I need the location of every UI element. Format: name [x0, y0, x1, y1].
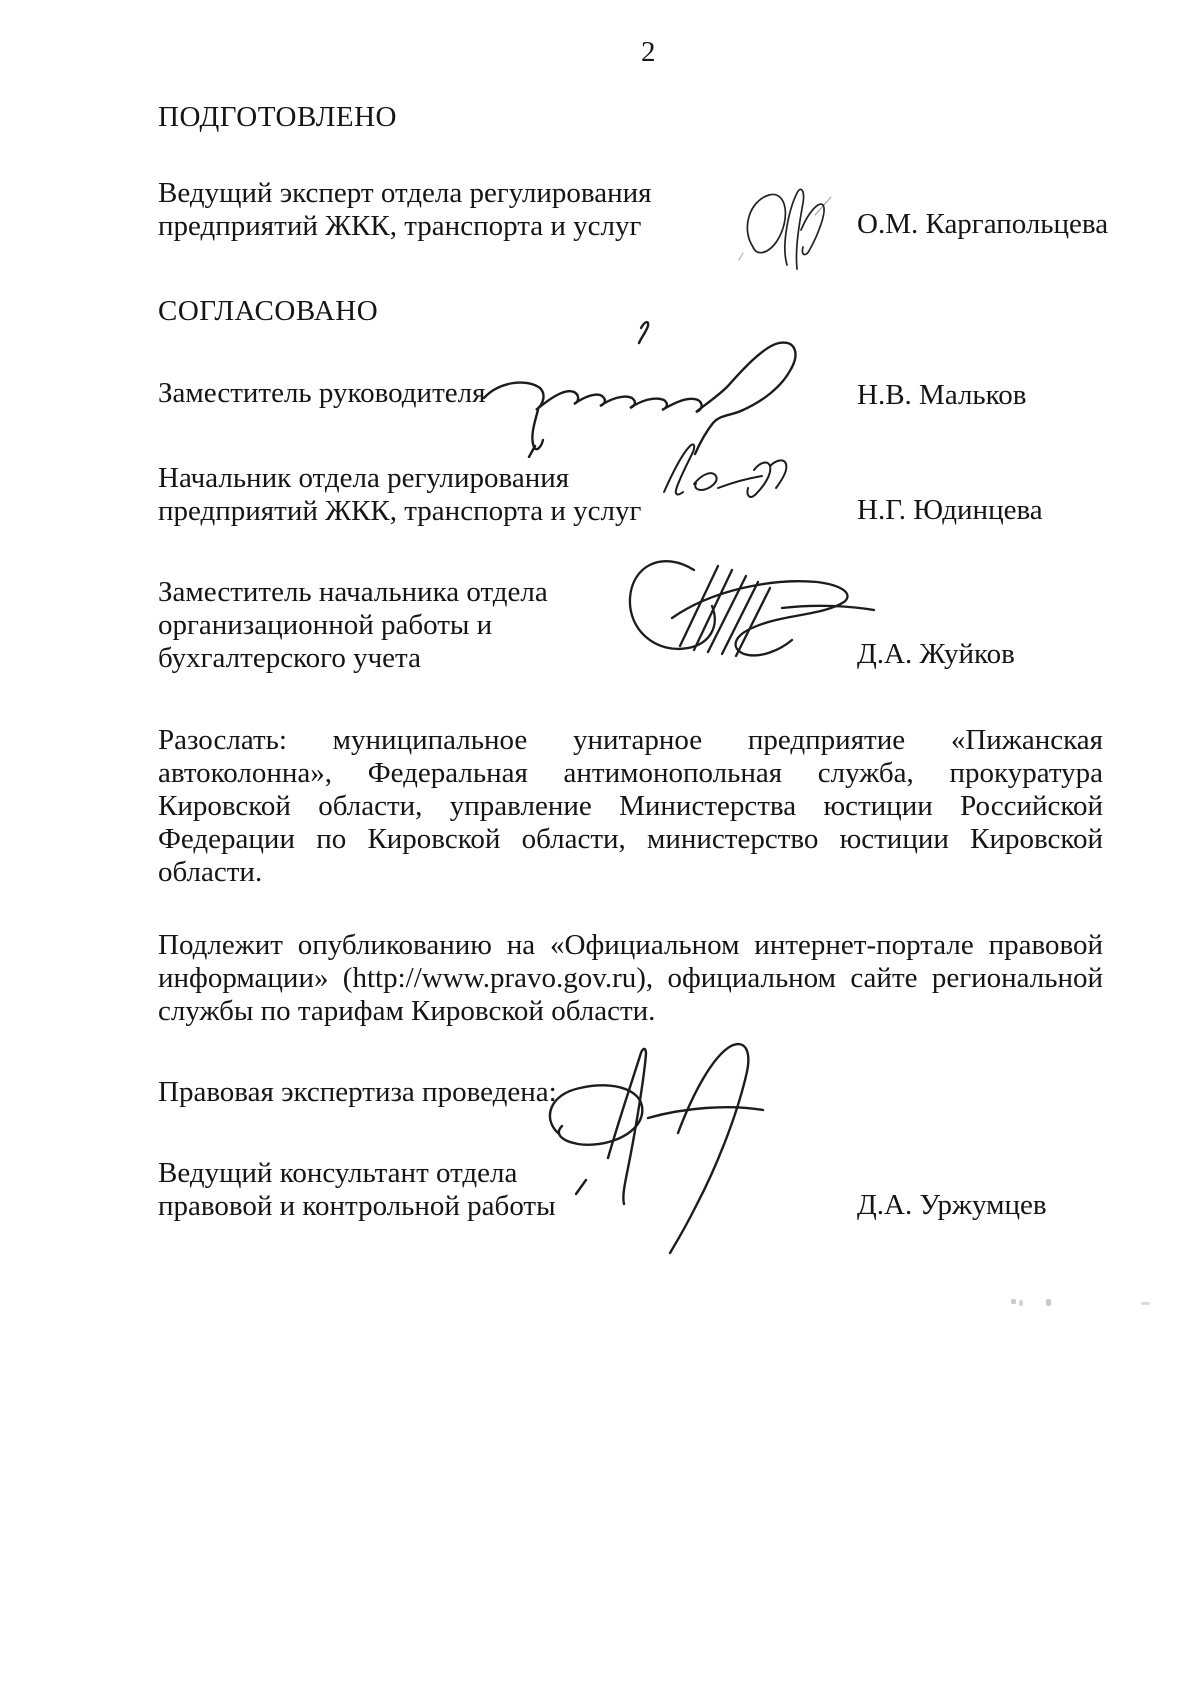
legal-review-label: Правовая экспертиза проведена:: [158, 1076, 557, 1109]
paragraph-line: Федерации по Кировской области, министер…: [158, 823, 1103, 856]
signatory-block-lead-consultant: Ведущий консультант отдела правовой и ко…: [158, 1157, 556, 1223]
role-line: организационной работы и: [158, 609, 548, 642]
role-line: Заместитель руководителя: [158, 377, 485, 410]
role-line: Ведущий эксперт отдела регулирования: [158, 177, 652, 210]
signatory-name: Д.А. Уржумцев: [857, 1189, 1047, 1222]
signature-urzhumtsev: [528, 1038, 783, 1263]
paragraph-line: автоколонна», Федеральная антимонопольна…: [158, 757, 1103, 790]
paragraph-line: области.: [158, 856, 1103, 889]
paragraph-line: информации» (http://www.pravo.gov.ru), о…: [158, 962, 1103, 995]
signature-yudintseva: [650, 440, 805, 502]
role-line: бухгалтерского учета: [158, 642, 548, 675]
paragraph-line: Подлежит опубликованию на «Официальном и…: [158, 929, 1103, 962]
signatory-block-org-accounting: Заместитель начальника отдела организаци…: [158, 576, 548, 675]
signatory-name: Н.В. Мальков: [857, 379, 1026, 412]
role-line: Начальник отдела регулирования: [158, 462, 641, 495]
paragraph-line: службы по тарифам Кировской области.: [158, 995, 1103, 1028]
signatory-name: Н.Г. Юдинцева: [857, 494, 1043, 527]
publication-paragraph: Подлежит опубликованию на «Официальном и…: [158, 929, 1103, 1028]
role-line: Ведущий консультант отдела: [158, 1157, 556, 1190]
signature-zhuikov: [622, 548, 880, 674]
role-line: правовой и контрольной работы: [158, 1190, 556, 1223]
prepared-heading: ПОДГОТОВЛЕНО: [158, 101, 397, 134]
scan-speck: [1046, 1299, 1051, 1306]
signature-malkov: [478, 318, 818, 458]
scan-speck: [1011, 1299, 1016, 1304]
dispatch-paragraph: Разослать: муниципальное унитарное предп…: [158, 724, 1103, 889]
agreed-heading: СОГЛАСОВАНО: [158, 295, 378, 328]
paragraph-line: Кировской области, управление Министерст…: [158, 790, 1103, 823]
role-line: предприятий ЖКК, транспорта и услуг: [158, 495, 641, 528]
signatory-name: О.М. Каргапольцева: [857, 208, 1108, 241]
paragraph-line: Разослать: муниципальное унитарное предп…: [158, 724, 1103, 757]
page-number: 2: [641, 36, 656, 69]
role-line: Заместитель начальника отдела: [158, 576, 548, 609]
signature-kargapoltseva: [735, 185, 840, 280]
scan-speck: [1141, 1302, 1150, 1305]
signatory-block-deputy-head: Заместитель руководителя: [158, 377, 485, 410]
signatory-name: Д.А. Жуйков: [857, 638, 1015, 671]
signatory-block-lead-expert: Ведущий эксперт отдела регулирования пре…: [158, 177, 652, 243]
document-page: 2 ПОДГОТОВЛЕНО Ведущий эксперт отдела ре…: [0, 0, 1200, 1697]
scan-speck: [1019, 1300, 1023, 1306]
role-line: предприятий ЖКК, транспорта и услуг: [158, 210, 652, 243]
signatory-block-department-head: Начальник отдела регулирования предприят…: [158, 462, 641, 528]
